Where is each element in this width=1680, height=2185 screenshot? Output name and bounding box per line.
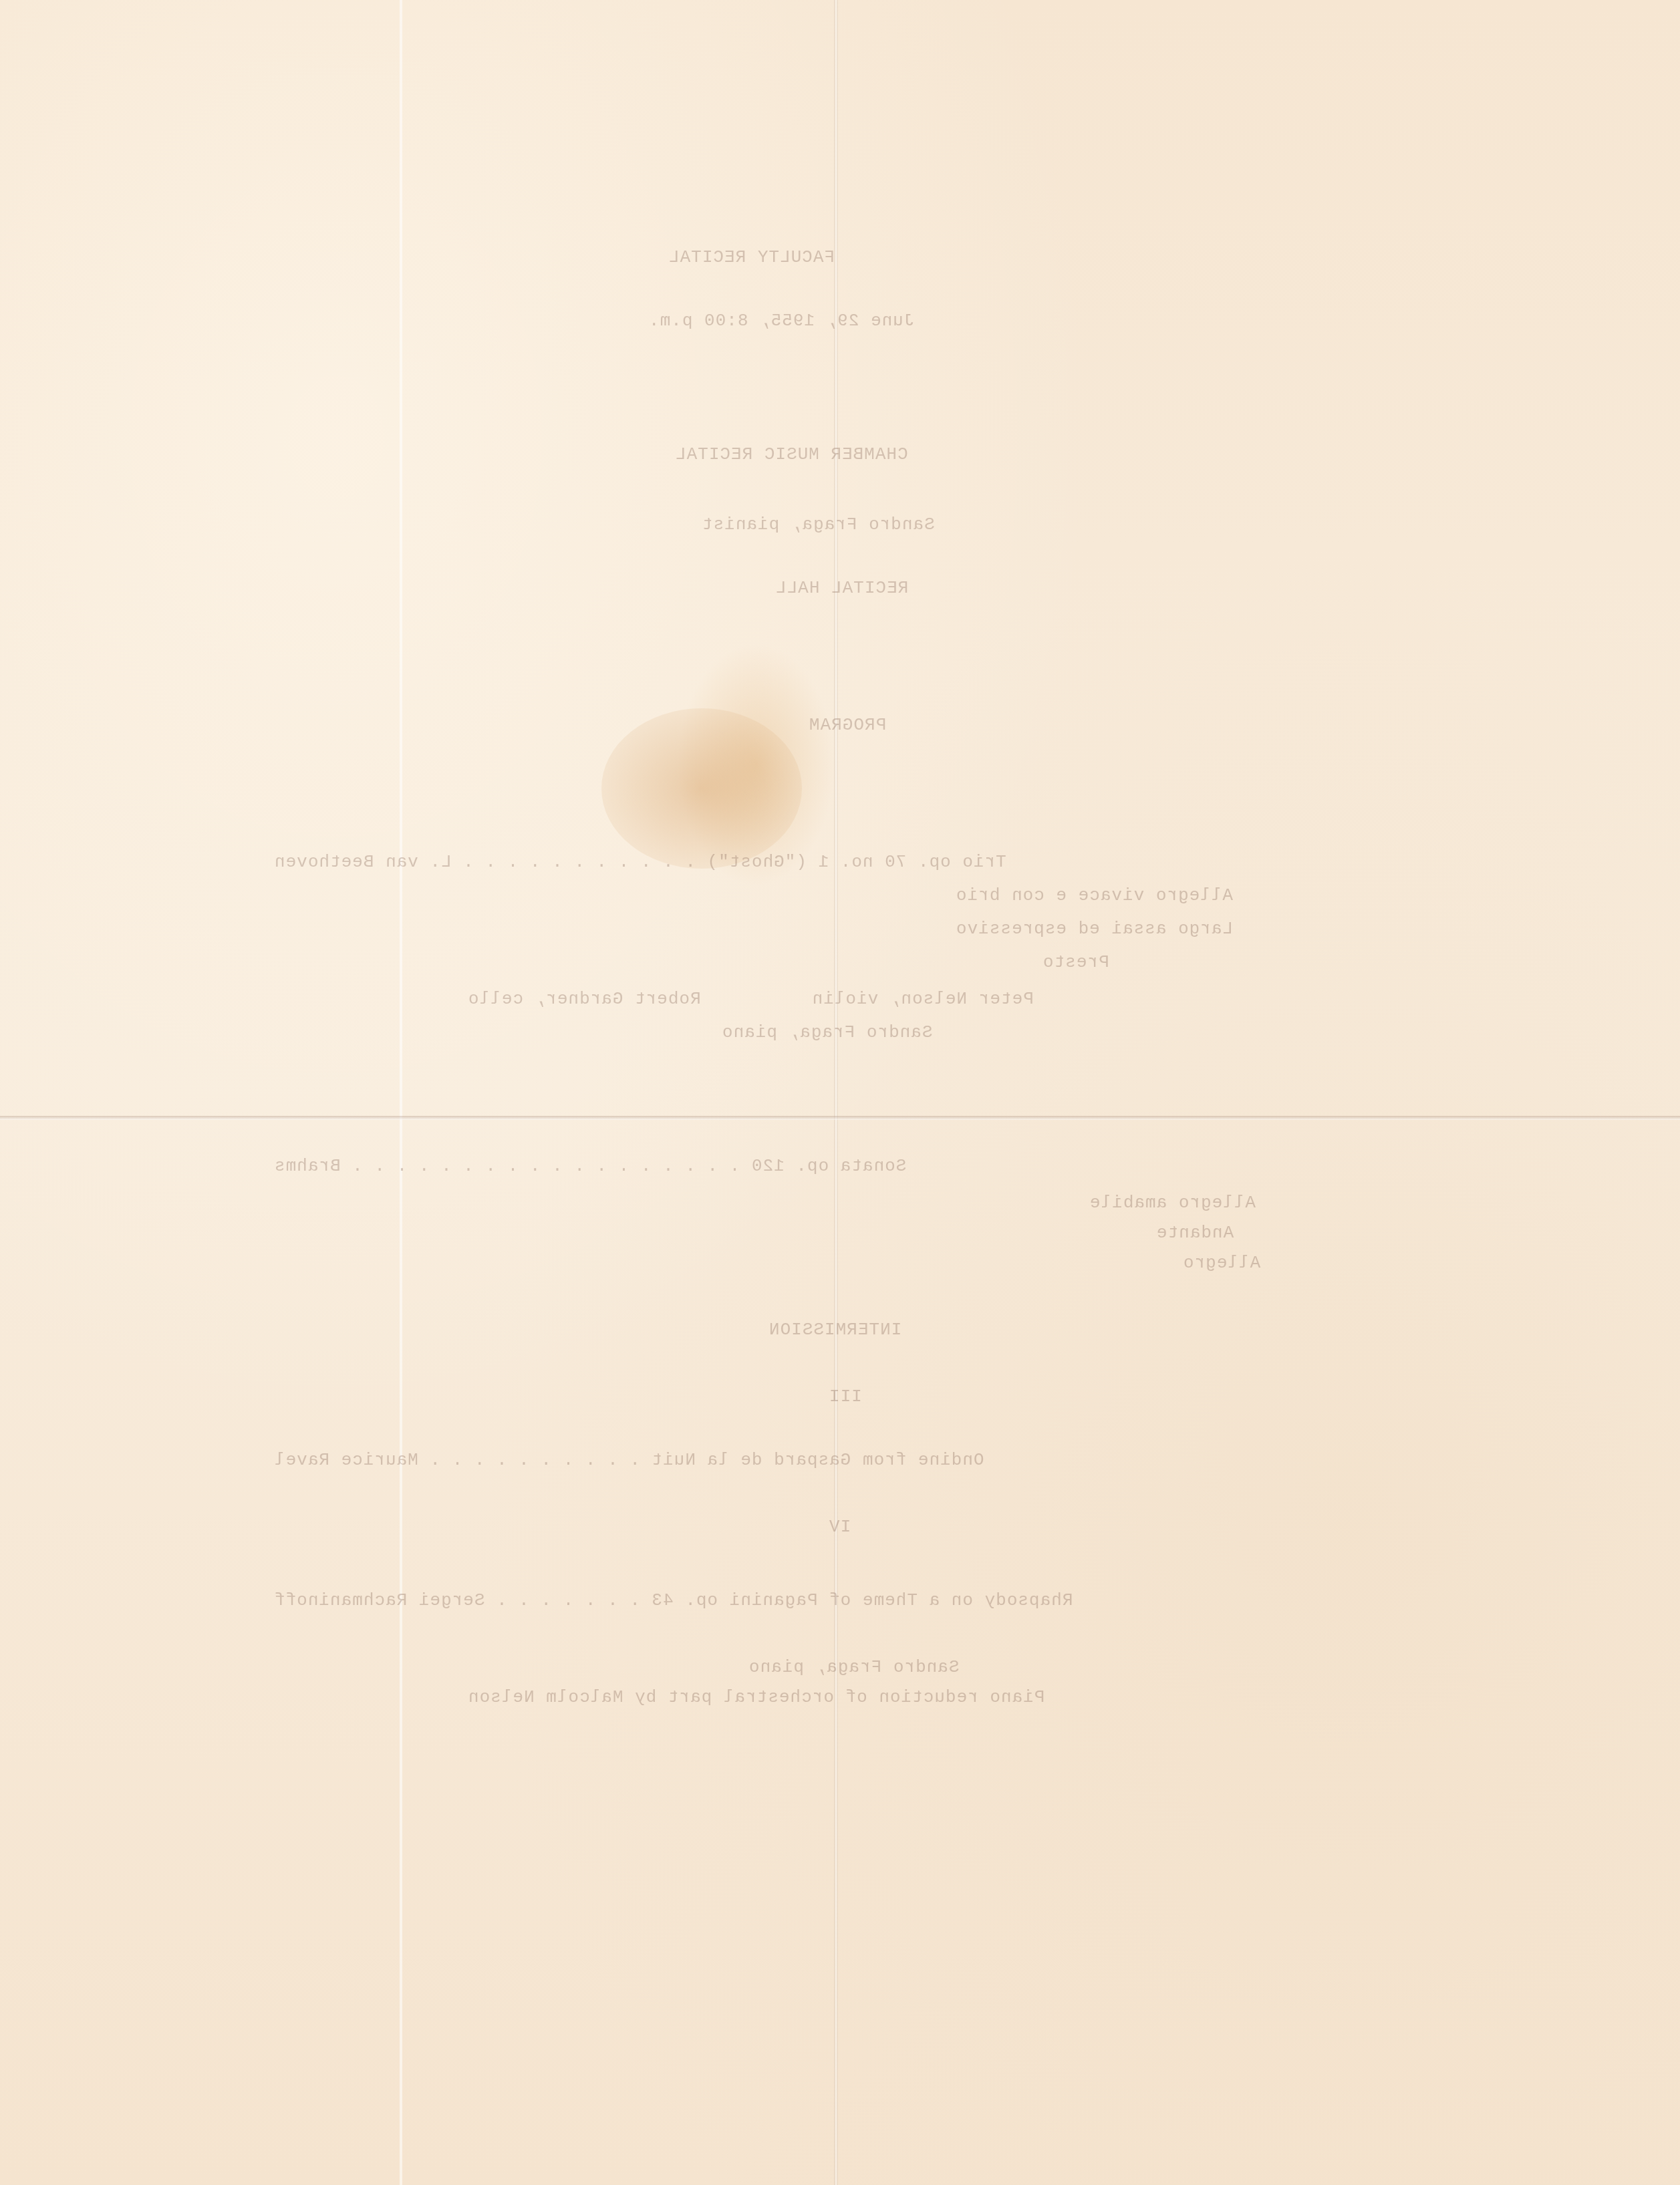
date: June 29, 1955, 8:00 p.m. <box>648 311 914 331</box>
section-number: III <box>829 1387 862 1407</box>
performers: Sandro Fraga, piano <box>722 1022 932 1042</box>
performer: Sandro Fraga, piano <box>748 1657 959 1677</box>
movement: Allegro <box>1183 1253 1260 1273</box>
performer: Sandro Fraga, pianist <box>702 515 935 535</box>
intermission: INTERMISSION <box>768 1320 901 1340</box>
paper-fold-horizontal <box>0 1116 1680 1120</box>
program-item-3: Ondine from Gaspard de la Nuit . . . . .… <box>274 1450 984 1470</box>
movement: Allegro amabile <box>1089 1193 1256 1213</box>
water-stain <box>601 708 802 869</box>
section-number: IV <box>829 1517 851 1537</box>
program-heading: PROGRAM <box>809 715 886 735</box>
movement: Allegro vivace e con brio <box>956 885 1233 905</box>
program-item-4: Rhapsody on a Theme of Paganini op. 43 .… <box>274 1590 1073 1610</box>
movement: Largo assai ed espressivo <box>956 919 1233 939</box>
series: CHAMBER MUSIC RECITAL <box>675 444 908 464</box>
performers: Peter Nelson, violin Robert Gardner, cel… <box>468 989 1034 1009</box>
note: Piano reduction of orchestral part by Ma… <box>468 1687 1044 1707</box>
movement: Andante <box>1156 1223 1234 1243</box>
title: FACULTY RECITAL <box>668 247 835 267</box>
movement: Presto <box>1042 952 1109 972</box>
program-item-1: Trio op. 70 no. 1 ("Ghost") . . . . . . … <box>274 852 1006 872</box>
paper-fold-left <box>400 0 402 2185</box>
program-item-2: Sonata op. 120 . . . . . . . . . . . . .… <box>274 1156 906 1176</box>
hall: RECITAL HALL <box>775 578 908 598</box>
